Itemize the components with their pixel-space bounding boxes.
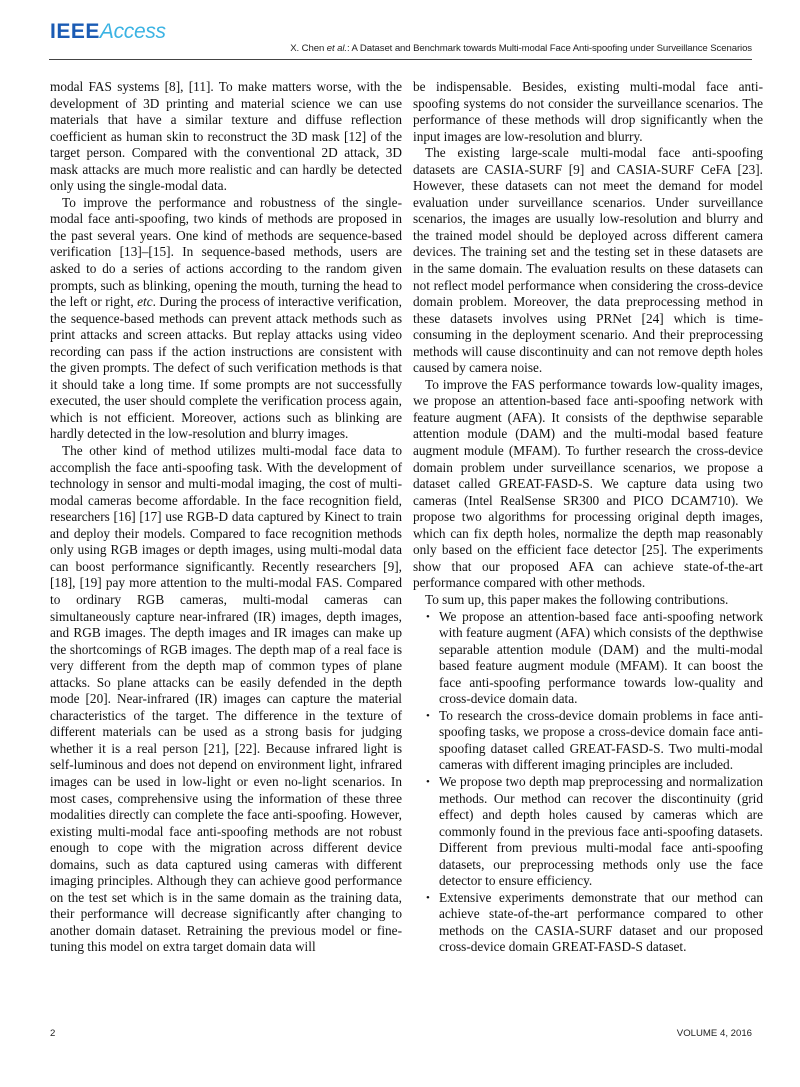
contributions-list: We propose an attention-based face anti-… (413, 609, 763, 956)
paragraph: The other kind of method utilizes multi-… (50, 443, 402, 956)
paragraph: be indispensable. Besides, existing mult… (413, 79, 763, 145)
paragraph-text: . During the process of interactive veri… (50, 294, 402, 441)
journal-logo: IEEEAccess (50, 20, 166, 44)
list-item: We propose an attention-based face anti-… (439, 609, 763, 708)
running-head-title: : A Dataset and Benchmark towards Multi-… (347, 43, 752, 54)
left-column: modal FAS systems [8], [11]. To make mat… (50, 79, 402, 956)
page-number: 2 (50, 1028, 55, 1039)
header-rule (49, 59, 752, 60)
right-column: be indispensable. Besides, existing mult… (413, 79, 763, 956)
running-head-etal: et al. (327, 43, 347, 54)
list-item: Extensive experiments demonstrate that o… (439, 890, 763, 956)
paragraph: To improve the performance and robustnes… (50, 195, 402, 443)
paragraph: To improve the FAS performance towards l… (413, 377, 763, 592)
paragraph: To sum up, this paper makes the followin… (413, 592, 763, 609)
list-item: We propose two depth map preprocessing a… (439, 774, 763, 890)
paragraph-italic: etc (137, 294, 153, 309)
list-item: To research the cross-device domain prob… (439, 708, 763, 774)
paragraph: modal FAS systems [8], [11]. To make mat… (50, 79, 402, 195)
paragraph: The existing large-scale multi-modal fac… (413, 145, 763, 377)
volume-label: VOLUME 4, 2016 (677, 1028, 752, 1039)
logo-ieee: IEEE (50, 20, 100, 43)
running-head: X. Chen et al.: A Dataset and Benchmark … (290, 43, 752, 54)
logo-access: Access (100, 20, 166, 43)
running-head-author: X. Chen (290, 43, 327, 54)
paragraph-text: To improve the performance and robustnes… (50, 195, 402, 309)
